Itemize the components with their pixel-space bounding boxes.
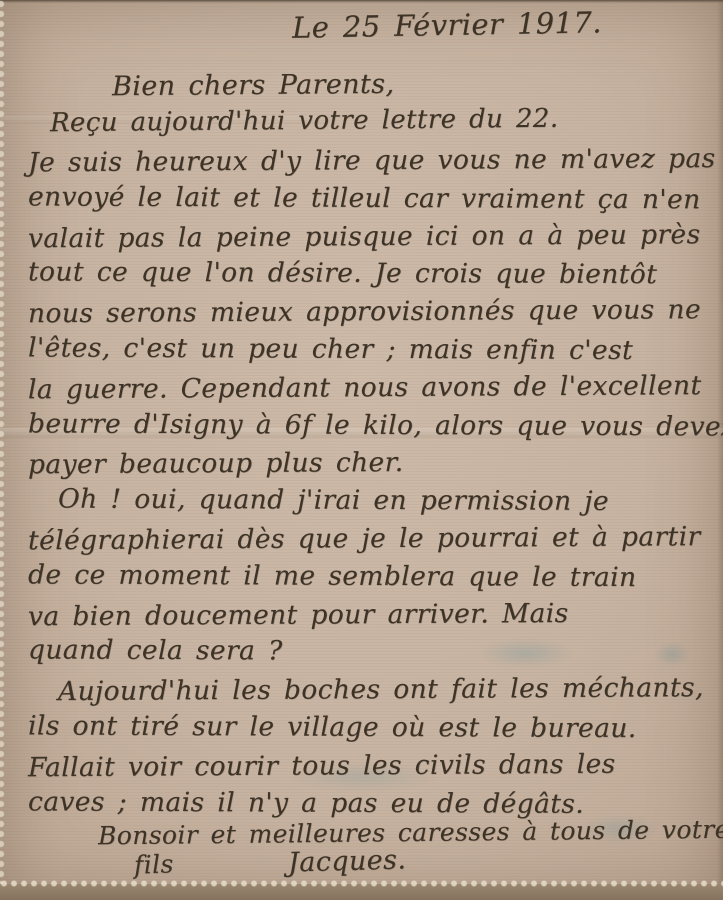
letter-line: Aujourd'hui les boches ont fait les méch… xyxy=(28,669,723,711)
signature: Jacques. xyxy=(288,844,407,878)
letter-line: beurre d'Isigny à 6f le kilo, alors que … xyxy=(28,405,723,446)
letter-line: télégraphierai dès que je le pourrai et … xyxy=(28,518,723,560)
letter-line: quand cela sera ? xyxy=(28,632,723,673)
letter-line: de ce moment il me semblera que le train xyxy=(28,556,723,597)
signature-prefix: fils xyxy=(134,849,175,879)
letter-line: Je suis heureux d'y lire que vous ne m'a… xyxy=(28,140,723,182)
letter-line: Fallait voir courir tous les civils dans… xyxy=(28,744,723,786)
letter-line: valait pas la peine puisque ici on a à p… xyxy=(28,215,723,257)
letter-date: Le 25 Février 1917. xyxy=(292,5,602,44)
letter-line: Oh ! oui, quand j'irai en permission je xyxy=(28,481,723,522)
letter-line: va bien doucement pour arriver. Mais xyxy=(28,593,723,635)
letter-line: payer beaucoup plus cher. xyxy=(28,442,723,484)
letter-paper: Le 25 Février 1917. Bien chers Parents, … xyxy=(0,0,723,900)
paper-perforated-left-edge xyxy=(0,0,7,900)
letter-line: l'êtes, c'est un peu cher ; mais enfin c… xyxy=(28,329,723,370)
letter-line: Reçu aujourd'hui votre lettre du 22. xyxy=(50,104,559,138)
letter-body: Je suis heureux d'y lire que vous ne m'a… xyxy=(28,142,723,822)
paper-right-edge xyxy=(717,0,723,900)
letter-line: ils ont tiré sur le village où est le bu… xyxy=(28,707,723,748)
letter-line: envoyé le lait et le tilleul car vraimen… xyxy=(28,178,723,219)
paper-top-edge xyxy=(0,0,723,3)
letter-line: nous serons mieux approvisionnés que vou… xyxy=(28,291,723,333)
letter-line: tout ce que l'on désire. Je crois que bi… xyxy=(28,254,723,295)
letter-closing: Bonsoir et meilleures caresses à tous de… xyxy=(98,815,723,851)
letter-line: la guerre. Cependant nous avons de l'exc… xyxy=(28,367,723,409)
paper-perforated-bottom-edge xyxy=(0,884,723,900)
letter-salutation: Bien chers Parents, xyxy=(112,69,395,102)
